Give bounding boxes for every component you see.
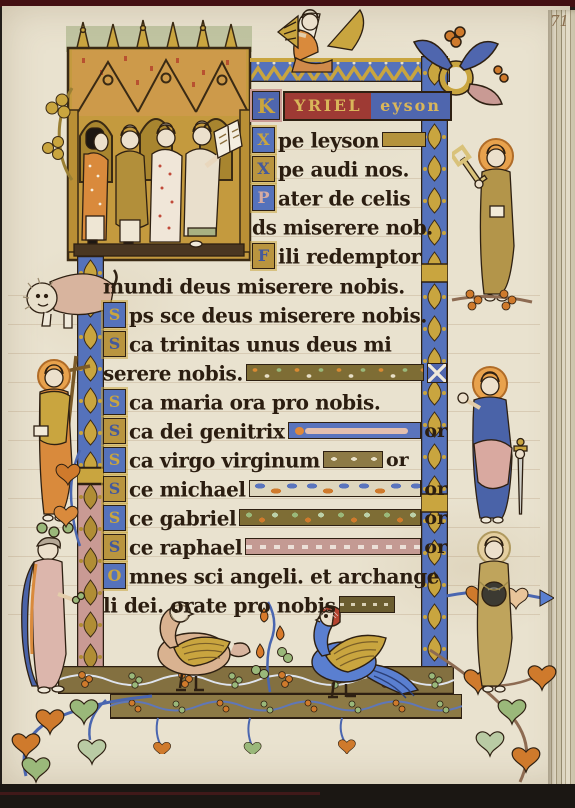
litany-line: S ca virgo virginum or	[103, 446, 447, 473]
litany-response: or	[424, 478, 447, 500]
saint-with-key-figure	[452, 128, 538, 308]
litany-line: S ce raphael or	[103, 533, 447, 560]
litany-text: ca virgo virginum	[129, 447, 320, 472]
standing-figure-rose-gown	[8, 534, 96, 696]
litany-line: O mnes sci angeli. et archange	[103, 562, 447, 589]
litany-line: serere nobis.	[103, 359, 447, 386]
litany-line: S ca dei genitrix or	[103, 417, 447, 444]
foliate-bar-filler	[246, 364, 424, 381]
decorated-initial: O	[103, 563, 126, 589]
saint-with-orb-figure	[448, 522, 540, 697]
rubric-panel-blue: eyson	[371, 93, 450, 119]
litany-line: X pe leyson	[252, 126, 426, 153]
litany-text: serere nobis.	[103, 360, 243, 385]
miniature-clerics-singing	[66, 14, 252, 266]
litany-line: S ce gabriel or	[103, 504, 447, 531]
litany-text: ili redemptor	[278, 243, 421, 268]
litany-text: ca dei genitrix	[129, 418, 285, 443]
orange-leaf-sprig	[50, 448, 86, 548]
leafy-bar-filler	[239, 509, 421, 526]
fish-scroll-filler	[249, 480, 422, 497]
litany-line: S ca maria ora pro nobis.	[103, 388, 447, 415]
dark-bar-filler	[339, 596, 395, 613]
litany-text: mnes sci angeli. et archange	[129, 563, 439, 588]
litany-text: ce raphael	[129, 534, 242, 559]
folio-number: 71	[550, 12, 569, 30]
litany-text: li dei. orate pro nobis	[103, 592, 336, 617]
litany-text: ce gabriel	[129, 505, 236, 530]
litany-line: X pe audi nos.	[252, 155, 426, 182]
saint-with-sword-figure	[446, 356, 546, 526]
litany-response: or	[424, 507, 447, 529]
litany-line: S ps sce deus miserere nobis.	[103, 301, 447, 328]
decorated-initial: F	[252, 243, 275, 269]
litany-line: li dei. orate pro nobis	[103, 591, 447, 618]
rubric-band: YRIEL eyson	[283, 91, 452, 121]
litany-line: ds miserere nob.	[252, 213, 426, 240]
manuscript-photo: 71	[0, 0, 575, 808]
decorated-initial: S	[103, 534, 126, 560]
litany-text: ater de celis	[278, 185, 410, 210]
rubric-panel-red: YRIEL	[285, 93, 371, 119]
litany-line: S ce michael or	[103, 475, 447, 502]
bottom-left-ivy-spray	[6, 688, 156, 784]
decorated-initial: S	[103, 302, 126, 328]
litany-text: mundi deus miserere nobis.	[103, 273, 405, 298]
gold-bar-filler	[382, 132, 426, 147]
litany-line: mundi deus miserere nobis.	[103, 272, 447, 299]
decorated-initial: S	[103, 418, 126, 444]
litany-response: or	[424, 536, 447, 558]
litany-text: ca maria ora pro nobis.	[129, 389, 380, 414]
litany-line: F ili redemptor	[252, 242, 426, 269]
litany-text: pe audi nos.	[278, 156, 409, 181]
litany-line: S ca trinitas unus deus mi	[103, 330, 447, 357]
harp-icon	[278, 16, 298, 48]
saltire-end-cap	[427, 363, 447, 383]
recumbent-figure-filler	[288, 422, 422, 439]
book-icon	[34, 426, 48, 436]
decorated-initial-k: K	[252, 91, 280, 120]
litany-text: ca trinitas unus deus mi	[129, 331, 392, 356]
litany-text: ps sce deus miserere nobis.	[129, 302, 427, 327]
rose-bar-filler	[245, 538, 421, 555]
decorated-initial: X	[252, 127, 275, 153]
decorated-initial: X	[252, 156, 275, 182]
decorated-initial: S	[103, 331, 126, 357]
binding-edge-bottom	[0, 792, 320, 795]
gold-leaf-sprig	[36, 86, 80, 184]
decorated-initial: S	[103, 447, 126, 473]
decorated-initial: S	[103, 389, 126, 415]
litany-response: or	[424, 420, 447, 442]
orb-icon	[482, 582, 506, 606]
decorated-initial: S	[103, 476, 126, 502]
litany-text: ce michael	[129, 476, 246, 501]
branch-sprig-berries	[450, 282, 534, 318]
litany-line: P ater de celis	[252, 184, 426, 211]
litany-text: pe leyson	[278, 127, 379, 152]
decorated-initial: S	[103, 505, 126, 531]
decorated-initial: P	[252, 185, 275, 211]
litany-line-kyrie: K YRIEL eyson	[252, 92, 426, 119]
short-olive-filler	[323, 451, 383, 468]
litany-text: ds miserere nob.	[252, 214, 433, 239]
litany-response: or	[386, 449, 409, 471]
angel-musician-figure	[272, 0, 372, 80]
